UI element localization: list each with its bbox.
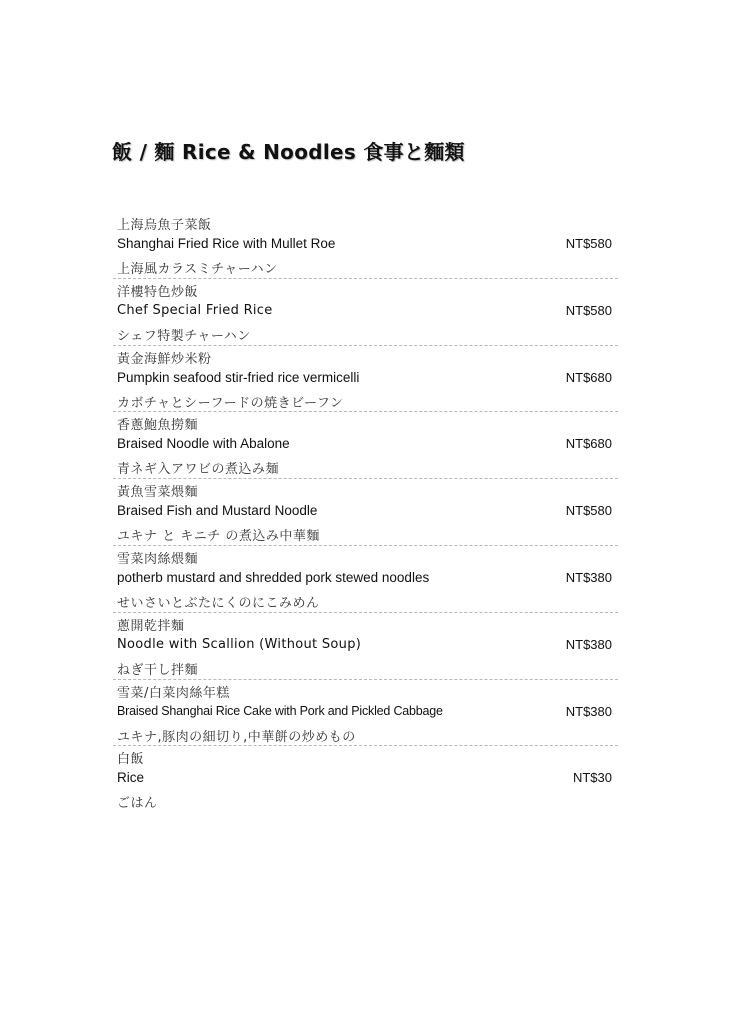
item-name-english: Pumpkin seafood stir-fried rice vermicel…	[117, 370, 359, 385]
menu-item: 洋樓特色炒飯 Chef Special Fried Rice シェフ特製チャーハ…	[113, 279, 618, 346]
item-name-japanese: ユキナ,豚肉の細切り,中華餅の炒めもの	[117, 726, 356, 745]
menu-item: 黃金海鮮炒米粉 Pumpkin seafood stir-fried rice …	[113, 346, 618, 413]
menu-item: 上海烏魚子菜飯 Shanghai Fried Rice with Mullet …	[113, 212, 618, 279]
item-price: NT$380	[566, 704, 612, 719]
menu-item: 雪菜/白菜肉絲年糕 Braised Shanghai Rice Cake wit…	[113, 680, 618, 747]
item-name-english: Chef Special Fried Rice	[117, 303, 273, 318]
item-name-japanese: せいさいとぶたにくのにこみめん	[117, 592, 320, 611]
item-price: NT$680	[566, 436, 612, 451]
item-price: NT$380	[566, 637, 612, 652]
item-price: NT$580	[566, 236, 612, 251]
item-name-japanese: シェフ特製チャーハン	[117, 325, 251, 344]
item-name-english: potherb mustard and shredded pork stewed…	[117, 570, 429, 585]
page-title: 飯 / 麵 Rice & Noodles 食事と麵類	[112, 136, 465, 165]
item-name-japanese: ねぎ干し拌麵	[117, 659, 198, 678]
menu-item: 香蔥鮑魚撈麵 Braised Noodle with Abalone 青ネギ入ア…	[113, 412, 618, 479]
item-name-japanese: ユキナ と キニチ の煮込み中華麵	[117, 525, 320, 544]
item-name-chinese: 蔥開乾拌麵	[117, 615, 185, 634]
item-name-english: Braised Fish and Mustard Noodle	[117, 503, 317, 518]
item-name-english: Noodle with Scallion (Without Soup)	[117, 637, 361, 652]
item-price: NT$580	[566, 303, 612, 318]
item-name-japanese: カボチャとシーフードの焼きビーフン	[117, 392, 343, 411]
menu-item: 雪菜肉絲煨麵 potherb mustard and shredded pork…	[113, 546, 618, 613]
item-name-english: Braised Shanghai Rice Cake with Pork and…	[117, 704, 443, 718]
menu-item: 黃魚雪菜煨麵 Braised Fish and Mustard Noodle ユ…	[113, 479, 618, 546]
item-name-japanese: 青ネギ入アワビの煮込み麺	[117, 458, 279, 477]
item-name-chinese: 白飯	[117, 748, 144, 767]
item-name-chinese: 雪菜/白菜肉絲年糕	[117, 682, 230, 701]
item-name-chinese: 上海烏魚子菜飯	[117, 214, 212, 233]
menu-list: 上海烏魚子菜飯 Shanghai Fried Rice with Mullet …	[113, 212, 618, 813]
item-name-japanese: ごはん	[117, 792, 158, 811]
menu-item: 蔥開乾拌麵 Noodle with Scallion (Without Soup…	[113, 613, 618, 680]
item-name-chinese: 雪菜肉絲煨麵	[117, 548, 198, 567]
item-price: NT$580	[566, 503, 612, 518]
menu-item: 白飯 Rice ごはん NT$30	[113, 746, 618, 813]
item-name-chinese: 洋樓特色炒飯	[117, 281, 198, 300]
item-name-chinese: 黃金海鮮炒米粉	[117, 348, 212, 367]
item-name-english: Braised Noodle with Abalone	[117, 436, 290, 451]
item-name-japanese: 上海風カラスミチャーハン	[117, 258, 278, 277]
item-price: NT$30	[573, 770, 612, 785]
item-price: NT$380	[566, 570, 612, 585]
item-name-english: Shanghai Fried Rice with Mullet Roe	[117, 236, 335, 251]
item-name-chinese: 黃魚雪菜煨麵	[117, 481, 198, 500]
item-name-english: Rice	[117, 770, 144, 785]
item-price: NT$680	[566, 370, 612, 385]
item-name-chinese: 香蔥鮑魚撈麵	[117, 414, 198, 433]
